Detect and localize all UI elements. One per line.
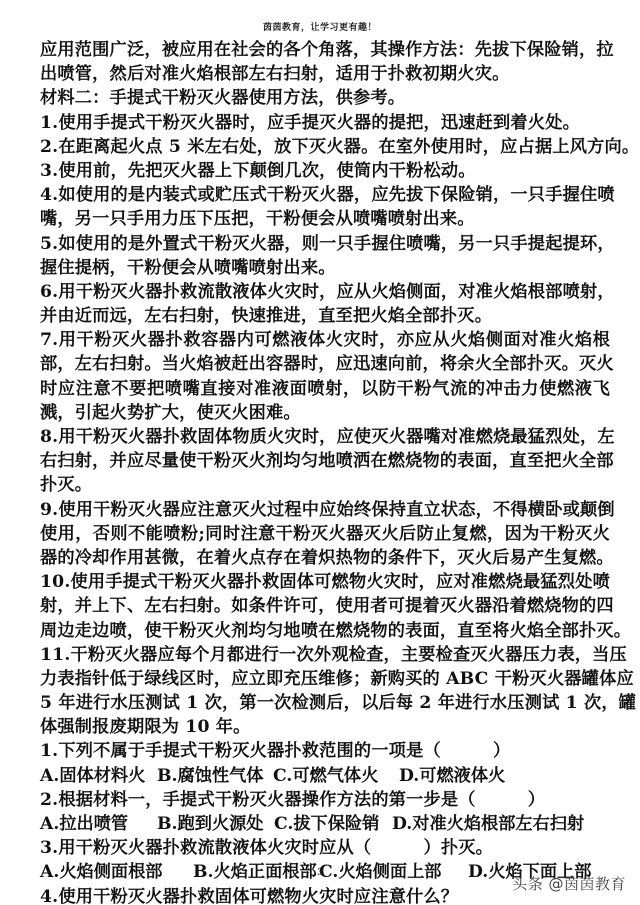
- text-line: 2.在距离起火点 5 米左右处，放下灭火器。在室外使用时，应占据上风方向。: [40, 135, 610, 159]
- option-d: D.对准火焰根部左右扫射: [392, 812, 584, 836]
- text-line: 体强制报废期限为 10 年。: [40, 715, 610, 739]
- question-1-stem: 1.下列不属于手提式干粉灭火器扑救范围的一项是（ ）: [40, 739, 610, 763]
- text-line: 嘴，另一只手用力压下压把，干粉便会从喷嘴喷射出来。: [40, 207, 610, 231]
- option-d: D.可燃液体火: [399, 764, 505, 788]
- watermark: 头条 @茵茵教育: [512, 873, 626, 894]
- question-1-options: A.固体材料火 B.腐蚀性气体 C.可燃气体火 D.可燃液体火: [40, 764, 610, 788]
- text-line: 10.使用手提式干粉灭火器扑救固体可燃物火灾时，应对准燃烧最猛烈处喷: [40, 570, 610, 594]
- option-b: B.跑到火源处: [157, 812, 274, 836]
- text-line: 7.用干粉灭火器扑救容器内可燃液体火灾时，亦应从火焰侧面对准火焰根: [40, 328, 610, 352]
- text-line: 9.使用干粉灭火器应注意灭火过程中应始终保持直立状态，不得横卧或颠倒: [40, 498, 610, 522]
- option-a: A.固体材料火: [40, 764, 157, 788]
- question-3-stem: 3.用干粉灭火器扑救流散液体火灾时应从（ ）扑灭。: [40, 836, 610, 860]
- text-line: 右扫射，并应尽量使干粉灭火剂均匀地喷洒在燃烧物的表面，直至把火全部: [40, 449, 610, 473]
- text-line: 5.如使用的是外置式干粉灭火器，则一只手握住喷嘴，另一只手提起提环，: [40, 232, 610, 256]
- text-line: 8.用干粉灭火器扑救固体物质火灾时，应使灭火器嘴对准燃烧最猛烈处，左: [40, 425, 610, 449]
- text-line: 出喷管，然后对准火焰根部左右扫射，适用于扑救初期火灾。: [40, 62, 610, 86]
- text-line: 力表指针低于绿线区时，应立即充压维修；新购买的 ABC 干粉灭火器罐体应: [40, 667, 610, 691]
- text-line: 6.用干粉灭火器扑救流散液体火灾时，应从火焰侧面，对准火焰根部喷射，: [40, 280, 610, 304]
- text-line: 应用范围广泛，被应用在社会的各个角落，其操作方法：先拔下保险销，拉: [40, 38, 610, 62]
- option-b: B.腐蚀性气体: [157, 764, 273, 788]
- text-line: 部，左右扫射。当火焰被赶出容器时，应迅速向前，将余火全部扑灭。灭火: [40, 352, 610, 376]
- question-2-options: A.拉出喷管 B.跑到火源处 C.拔下保险销 D.对准火焰根部左右扫射: [40, 812, 610, 836]
- text-line: 1.使用手提式干粉灭火器时，应手提灭火器的提把，迅速赶到着火处。: [40, 111, 610, 135]
- text-line: 使用，否则不能喷粉;同时注意干粉灭火器灭火后防止复燃，因为干粉灭火: [40, 522, 610, 546]
- text-line: 溅，引起火势扩大，使灭火困难。: [40, 401, 610, 425]
- question-2-stem: 2.根据材料一，手提式干粉灭火器操作方法的第一步是（ ）: [40, 788, 610, 812]
- page-header: 茵茵教育，让学习更有趣！: [0, 20, 640, 33]
- text-line: 4.如使用的是内装式或贮压式干粉灭火器，应先拔下保险销，一只手握住喷: [40, 183, 610, 207]
- text-line: 射，并上下、左右扫射。如条件许可，使用者可提着灭火器沿着燃烧物的四: [40, 594, 610, 618]
- text-line: 5 年进行水压测试 1 次，第一次检测后，以后每 2 年进行水压测试 1 次，罐: [40, 691, 610, 715]
- option-c: C.拔下保险销: [274, 812, 392, 836]
- document-body: 应用范围广泛，被应用在社会的各个角落，其操作方法：先拔下保险销，拉 出喷管，然后…: [40, 38, 610, 905]
- text-line: 3.使用前，先把灭火器上下颠倒几次，使筒内干粉松动。: [40, 159, 610, 183]
- text-line: 扑灭。: [40, 473, 610, 497]
- text-line: 周边走边喷，使干粉灭火剂均匀地喷在燃烧物的表面，直至将火焰全部扑灭。: [40, 619, 610, 643]
- text-line: 器的冷却作用甚微，在着火点存在着炽热物的条件下，灭火后易产生复燃。: [40, 546, 610, 570]
- text-line: 时应注意不要把喷嘴直接对准液面喷射，以防干粉气流的冲击力使燃液飞: [40, 377, 610, 401]
- text-line: 11.干粉灭火器应每个月都进行一次外观检查，主要检查灭火器压力表，当压: [40, 643, 610, 667]
- text-line: 并由近而远，左右扫射，快速推进，直至把火焰全部扑灭。: [40, 304, 610, 328]
- text-line: 握住提柄，干粉便会从喷嘴喷射出来。: [40, 256, 610, 280]
- section-heading: 材料二：手提式干粉灭火器使用方法，供参考。: [40, 86, 610, 110]
- option-a: A.拉出喷管: [40, 812, 157, 836]
- option-c: C.可燃气体火: [273, 764, 399, 788]
